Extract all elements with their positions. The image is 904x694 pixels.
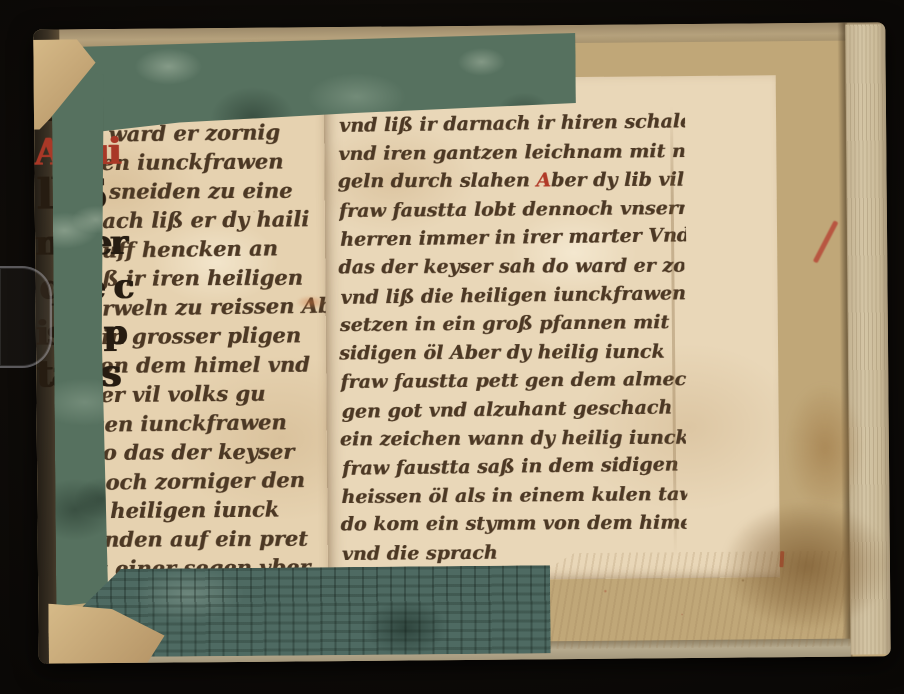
text-line: unden auf ein pret [89, 524, 327, 554]
text-line: heissen öl als in einem kulen taw [341, 480, 687, 512]
gothic-text-line: ll S [34, 162, 888, 218]
gothic-text-line: quē c [35, 260, 890, 307]
text-line: do kom ein stymm von dem himel [341, 509, 687, 539]
text-line: ein zeichen wann dy heilig iunck [340, 423, 686, 453]
text-line: e heiligen iunck [89, 494, 327, 525]
text-line: noch zorniger den [90, 465, 328, 497]
book-cover: o ward er zornig gen iunckfrawen ß sneid… [33, 22, 891, 663]
cloth-tape-left [52, 69, 109, 606]
text-line: gen got vnd alzuhant geschach [341, 393, 687, 426]
gothic-text-line: n uer [35, 216, 887, 263]
text-line: fraw faustta saß in dem sidigen [342, 450, 688, 483]
photo-backdrop: o ward er zornig gen iunckfrawen ß sneid… [0, 0, 904, 694]
gothic-text-line: tatis [36, 344, 888, 395]
plastic-book-strap [0, 266, 52, 368]
water-stain [784, 382, 865, 513]
large-brown-stain [721, 500, 890, 631]
text-line: gen iunckfrawen [90, 407, 328, 439]
text-line: do das der keyser [88, 437, 326, 467]
